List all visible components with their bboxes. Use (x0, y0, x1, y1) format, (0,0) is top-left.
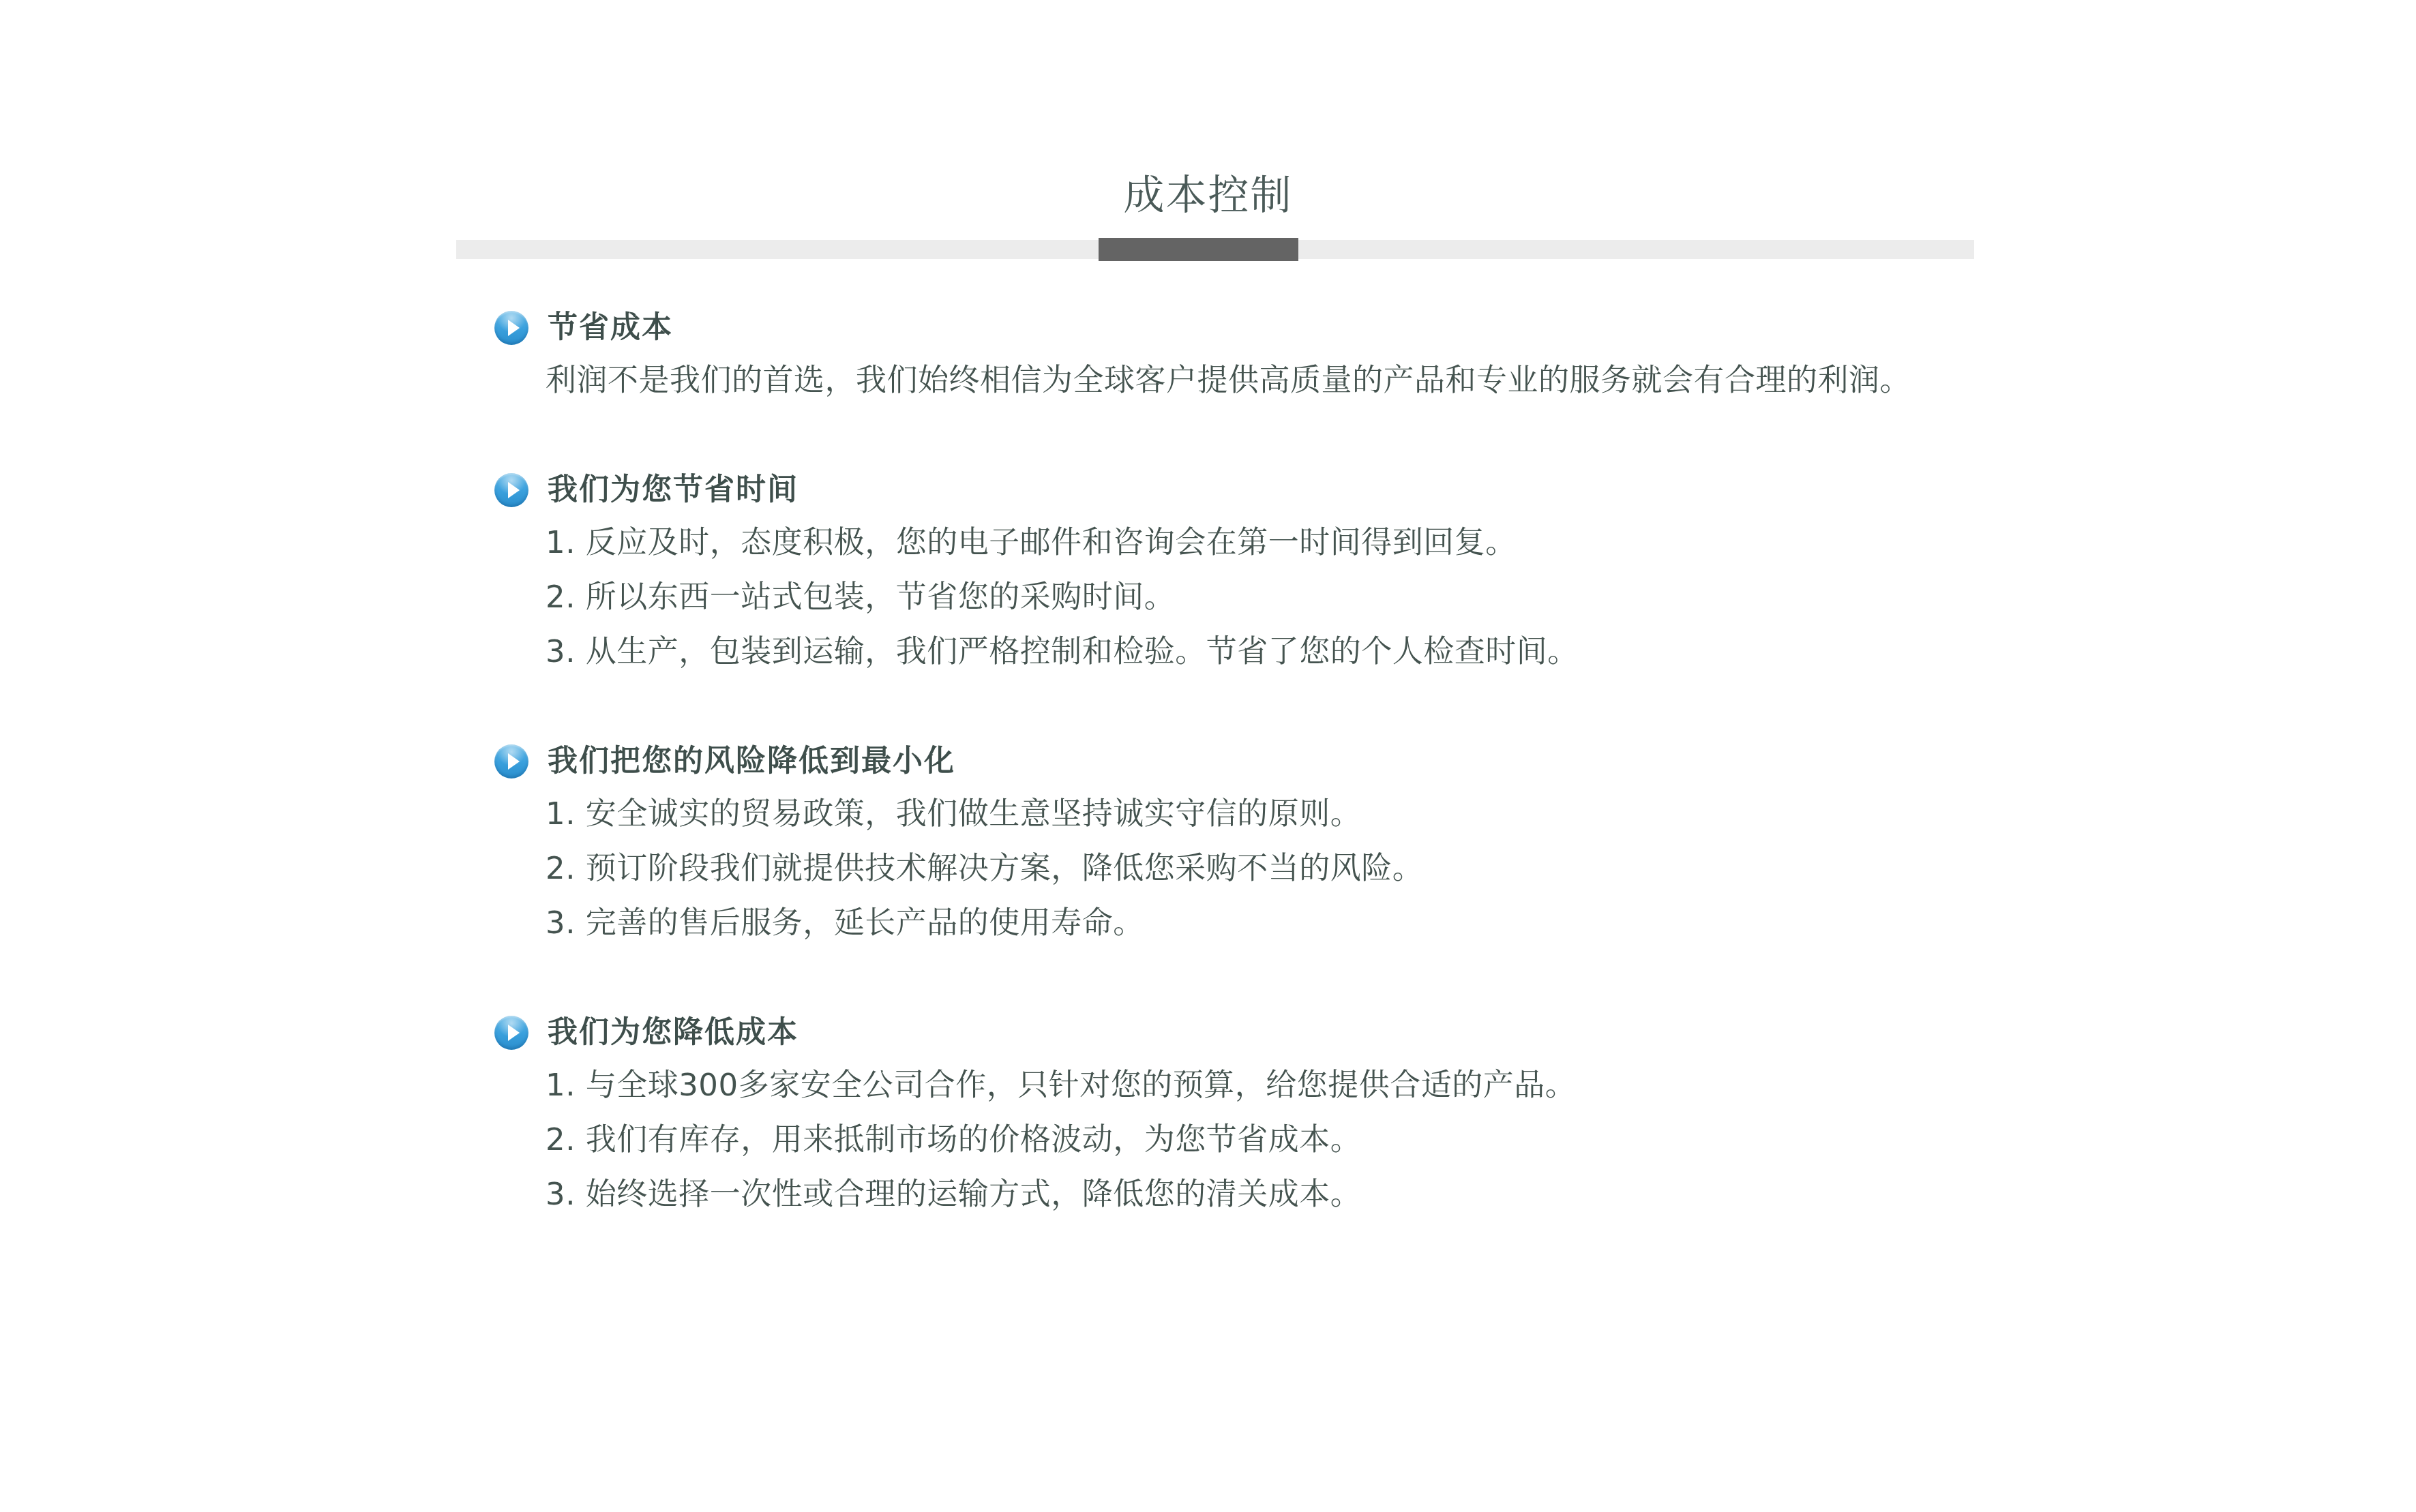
section-header: 我们为您节省时间 (494, 473, 2416, 507)
list-item: 2. 预订阶段我们就提供技术解决方案，降低您采购不当的风险。 (546, 841, 2416, 896)
sections-container: 节省成本 利润不是我们的首选，我们始终相信为全球客户提供高质量的产品和专业的服务… (494, 311, 2416, 1222)
list-item: 1. 安全诚实的贸易政策，我们做生意坚持诚实守信的原则。 (546, 787, 2416, 841)
section-heading: 我们把您的风险降低到最小化 (548, 746, 955, 776)
section-reduce-cost: 我们为您降低成本 1. 与全球300多家安全公司合作，只针对您的预算，给您提供合… (494, 1016, 2416, 1222)
section-save-cost: 节省成本 利润不是我们的首选，我们始终相信为全球客户提供高质量的产品和专业的服务… (494, 311, 2416, 408)
list-item: 3. 完善的售后服务，延长产品的使用寿命。 (546, 896, 2416, 950)
play-icon (494, 744, 528, 778)
active-tab-indicator[interactable] (1099, 238, 1298, 261)
section-body: 1. 与全球300多家安全公司合作，只针对您的预算，给您提供合适的产品。 2. … (546, 1058, 2416, 1222)
list-item: 2. 所以东西一站式包装，节省您的采购时间。 (546, 570, 2416, 624)
section-body: 1. 反应及时，态度积极，您的电子邮件和咨询会在第一时间得到回复。 2. 所以东… (546, 515, 2416, 679)
list-item: 3. 从生产，包装到运输，我们严格控制和检验。节省了您的个人检查时间。 (546, 624, 2416, 679)
section-header: 节省成本 (494, 311, 2416, 345)
play-icon (494, 311, 528, 345)
section-heading: 我们为您节省时间 (548, 475, 799, 505)
list-item: 1. 与全球300多家安全公司合作，只针对您的预算，给您提供合适的产品。 (546, 1058, 2416, 1113)
page-title: 成本控制 (0, 0, 2416, 218)
section-header: 我们为您降低成本 (494, 1016, 2416, 1050)
section-heading: 节省成本 (548, 313, 673, 343)
tab-indicator-track (456, 240, 1974, 259)
play-icon (494, 473, 528, 507)
section-heading: 我们为您降低成本 (548, 1018, 799, 1048)
section-paragraph: 利润不是我们的首选，我们始终相信为全球客户提供高质量的产品和专业的服务就会有合理… (546, 353, 2416, 408)
list-item: 3. 始终选择一次性或合理的运输方式，降低您的清关成本。 (546, 1167, 2416, 1222)
section-body: 利润不是我们的首选，我们始终相信为全球客户提供高质量的产品和专业的服务就会有合理… (546, 353, 2416, 408)
cost-control-page: 成本控制 节省成本 利润不是我们的首选，我们始终相信为全球客户提供高质量的产品和… (0, 0, 2416, 1512)
list-item: 1. 反应及时，态度积极，您的电子邮件和咨询会在第一时间得到回复。 (546, 515, 2416, 570)
section-minimize-risk: 我们把您的风险降低到最小化 1. 安全诚实的贸易政策，我们做生意坚持诚实守信的原… (494, 744, 2416, 950)
section-header: 我们把您的风险降低到最小化 (494, 744, 2416, 778)
section-body: 1. 安全诚实的贸易政策，我们做生意坚持诚实守信的原则。 2. 预订阶段我们就提… (546, 787, 2416, 950)
section-save-time: 我们为您节省时间 1. 反应及时，态度积极，您的电子邮件和咨询会在第一时间得到回… (494, 473, 2416, 679)
play-icon (494, 1016, 528, 1050)
list-item: 2. 我们有库存，用来抵制市场的价格波动，为您节省成本。 (546, 1113, 2416, 1167)
